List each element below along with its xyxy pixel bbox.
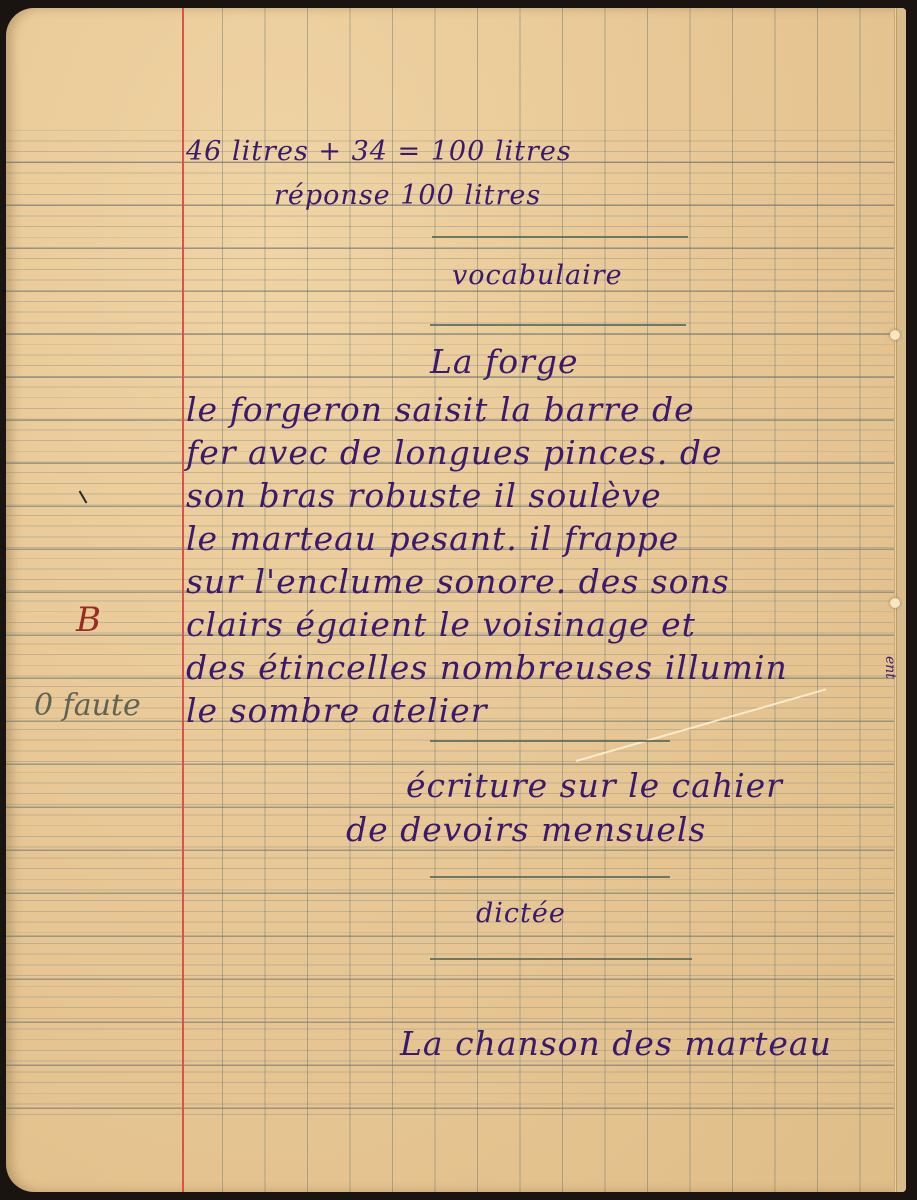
text-line: le sombre atelier [186, 691, 487, 730]
text-line: le marteau pesant. il frappe [186, 519, 679, 558]
section-rule [430, 740, 670, 742]
teacher-initials: B [76, 600, 101, 640]
dictation-heading: dictée [476, 898, 566, 929]
text-line: le forgeron saisit la barre de [186, 390, 695, 429]
vocabulary-title: La forge [430, 342, 579, 381]
writing-heading-2: de devoirs mensuels [346, 810, 706, 849]
section-rule [430, 324, 686, 326]
text-line: fer avec de longues pinces. de [186, 433, 723, 472]
text-line: sur l'enclume sonore. des sons [186, 562, 730, 601]
section-rule [430, 876, 670, 878]
red-margin-line [182, 8, 184, 1192]
dictation-title: La chanson des marteau [400, 1024, 832, 1063]
grade-annotation: 0 faute [34, 688, 141, 723]
section-rule [432, 236, 688, 238]
notebook-page: 46 litres + 34 = 100 litres réponse 100 … [6, 8, 906, 1192]
word-continuation: ent [882, 656, 898, 679]
section-rule [430, 958, 692, 960]
arithmetic-line-1: 46 litres + 34 = 100 litres [186, 136, 572, 167]
arithmetic-answer: réponse 100 litres [274, 180, 541, 211]
text-line: des étincelles nombreuses illumin [186, 648, 788, 687]
staple-hole [890, 330, 900, 340]
writing-heading-1: écriture sur le cahier [406, 766, 783, 805]
staple-hole [890, 598, 900, 608]
vocabulary-heading: vocabulaire [452, 260, 623, 291]
text-line: son bras robuste il soulève [186, 476, 662, 515]
text-line: clairs égaient le voisinage et [186, 605, 696, 644]
